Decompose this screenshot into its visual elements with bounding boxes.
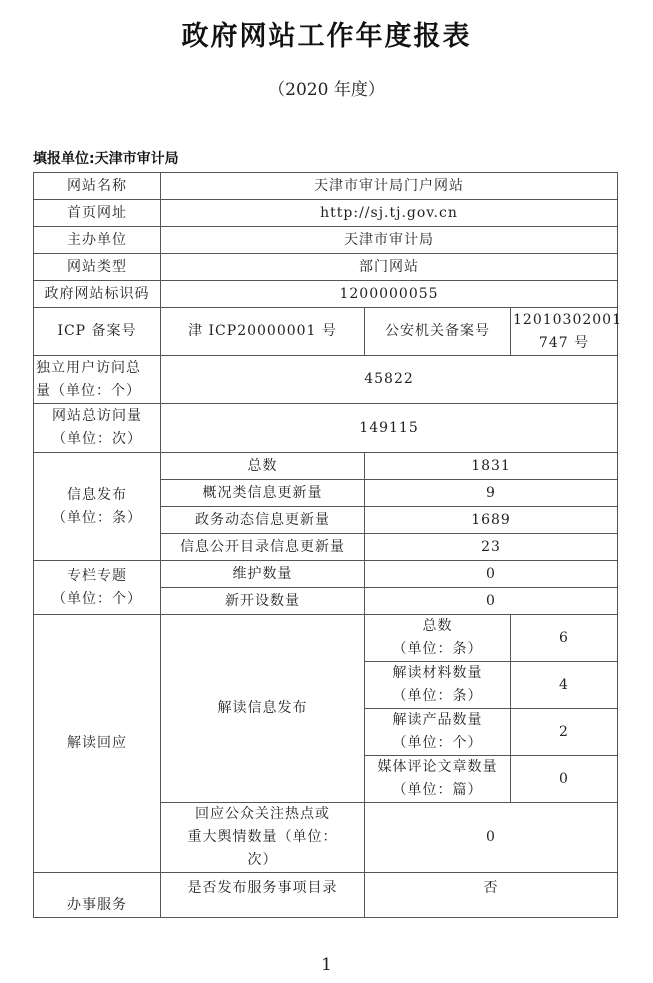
response-label-line-1: 回应公众关注热点或 [163, 803, 362, 826]
total-visits-label-line-1: 网站总访问量 [36, 405, 158, 428]
sponsor-value: 天津市审计局 [161, 227, 618, 254]
site-id-label: 政府网站标识码 [34, 281, 161, 308]
report-title: 政府网站工作年度报表 [0, 14, 653, 53]
columns-item-value: 0 [365, 561, 618, 588]
info-publish-item-value: 1689 [365, 507, 618, 534]
interpretation-item-value: 0 [511, 756, 618, 803]
info-publish-item-label: 政务动态信息更新量 [161, 507, 365, 534]
columns-label: 专栏专题 （单位：个） [34, 561, 161, 615]
interpretation-item-label-line-1: 解读产品数量 [367, 709, 508, 732]
interpretation-item-label-line-2: （单位：篇） [367, 779, 508, 802]
info-publish-item-label: 信息公开目录信息更新量 [161, 534, 365, 561]
site-name-label: 网站名称 [34, 173, 161, 200]
unique-visitors-label-line-1: 独立用户访问总 [36, 357, 158, 380]
table-row: ICP 备案号 津 ICP20000001 号 公安机关备案号 12010302… [34, 308, 618, 356]
interpretation-item-label: 媒体评论文章数量 （单位：篇） [365, 756, 511, 803]
service-catalog-label: 是否发布服务事项目录 [161, 873, 365, 918]
table-row: 首页网址 http://sj.tj.gov.cn [34, 200, 618, 227]
response-value: 0 [365, 803, 618, 873]
interpretation-item-label: 总数 （单位：条） [365, 615, 511, 662]
sponsor-label: 主办单位 [34, 227, 161, 254]
table-row: 主办单位 天津市审计局 [34, 227, 618, 254]
interpretation-item-label-line-2: （单位：条） [367, 685, 508, 708]
table-row: 网站名称 天津市审计局门户网站 [34, 173, 618, 200]
response-label-line-2: 重大舆情数量（单位： [163, 826, 362, 849]
info-publish-item-value: 23 [365, 534, 618, 561]
report-year: （2020 年度） [0, 75, 653, 100]
police-record-line-1: 12010302001 [513, 309, 615, 332]
site-id-value: 1200000055 [161, 281, 618, 308]
unique-visitors-label: 独立用户访问总 量（单位：个） [34, 356, 161, 404]
columns-label-line-2: （单位：个） [36, 588, 158, 611]
table-row: 解读回应 解读信息发布 总数 （单位：条） 6 [34, 615, 618, 662]
table-row: 独立用户访问总 量（单位：个） 45822 [34, 356, 618, 404]
total-visits-label-line-2: （单位：次） [36, 428, 158, 451]
total-visits-value: 149115 [161, 404, 618, 453]
interpretation-item-value: 6 [511, 615, 618, 662]
site-type-value: 部门网站 [161, 254, 618, 281]
columns-label-line-1: 专栏专题 [36, 565, 158, 588]
info-publish-item-label: 总数 [161, 453, 365, 480]
report-table: 网站名称 天津市审计局门户网站 首页网址 http://sj.tj.gov.cn… [33, 172, 618, 918]
police-record-value: 12010302001 747 号 [511, 308, 618, 356]
interpretation-publish-label: 解读信息发布 [161, 615, 365, 803]
unique-visitors-value: 45822 [161, 356, 618, 404]
service-catalog-value: 否 [365, 873, 618, 918]
info-publish-item-label: 概况类信息更新量 [161, 480, 365, 507]
site-type-label: 网站类型 [34, 254, 161, 281]
info-publish-label-line-2: （单位：条） [36, 507, 158, 530]
icp-value: 津 ICP20000001 号 [161, 308, 365, 356]
columns-item-label: 维护数量 [161, 561, 365, 588]
interpretation-item-label-line-1: 解读材料数量 [367, 662, 508, 685]
homepage-label: 首页网址 [34, 200, 161, 227]
homepage-value: http://sj.tj.gov.cn [161, 200, 618, 227]
interpretation-item-label: 解读材料数量 （单位：条） [365, 662, 511, 709]
total-visits-label: 网站总访问量 （单位：次） [34, 404, 161, 453]
reporting-unit: 填报单位:天津市审计局 [33, 148, 179, 168]
table-row: 网站类型 部门网站 [34, 254, 618, 281]
table-row: 办事服务 是否发布服务事项目录 否 [34, 873, 618, 918]
columns-item-value: 0 [365, 588, 618, 615]
interpretation-item-label-line-2: （单位：个） [367, 732, 508, 755]
table-row: 政府网站标识码 1200000055 [34, 281, 618, 308]
site-name-value: 天津市审计局门户网站 [161, 173, 618, 200]
interpretation-item-label-line-2: （单位：条） [367, 638, 508, 661]
interpretation-label: 解读回应 [34, 615, 161, 873]
table-row: 专栏专题 （单位：个） 维护数量 0 [34, 561, 618, 588]
info-publish-item-value: 1831 [365, 453, 618, 480]
columns-item-label: 新开设数量 [161, 588, 365, 615]
table-row: 信息发布 （单位：条） 总数 1831 [34, 453, 618, 480]
police-record-line-2: 747 号 [513, 332, 615, 355]
icp-label: ICP 备案号 [34, 308, 161, 356]
interpretation-item-value: 2 [511, 709, 618, 756]
response-label: 回应公众关注热点或 重大舆情数量（单位： 次） [161, 803, 365, 873]
response-label-line-3: 次） [163, 849, 362, 872]
interpretation-item-label-line-1: 总数 [367, 615, 508, 638]
info-publish-label: 信息发布 （单位：条） [34, 453, 161, 561]
interpretation-item-label: 解读产品数量 （单位：个） [365, 709, 511, 756]
table-row: 网站总访问量 （单位：次） 149115 [34, 404, 618, 453]
info-publish-label-line-1: 信息发布 [36, 484, 158, 507]
service-label: 办事服务 [34, 873, 161, 918]
info-publish-item-value: 9 [365, 480, 618, 507]
unique-visitors-label-line-2: 量（单位：个） [36, 380, 158, 403]
page-number: 1 [0, 955, 653, 975]
police-record-label: 公安机关备案号 [365, 308, 511, 356]
interpretation-item-value: 4 [511, 662, 618, 709]
interpretation-item-label-line-1: 媒体评论文章数量 [367, 756, 508, 779]
